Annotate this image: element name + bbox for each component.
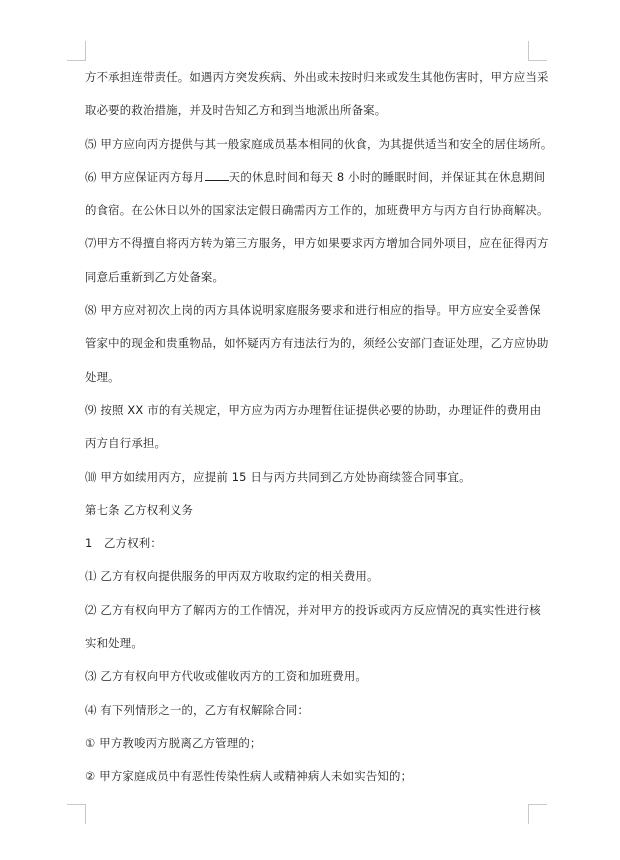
text-line: 的食宿。在公休日以外的国家法定假日确需丙方工作的，加班费甲方与丙方自行协商解决。 xyxy=(85,201,535,234)
text-line: 丙方自行承担。 xyxy=(85,434,535,467)
text-line: ⑴ 乙方有权向提供服务的甲丙双方收取约定的相关费用。 xyxy=(85,567,535,600)
text-line: ⑺甲方不得擅自将丙方转为第三方服务，甲方如果要求丙方增加合同外项目，应在征得丙方 xyxy=(85,234,535,267)
text-line: 取必要的救治措施，并及时告知乙方和到当地派出所备案。 xyxy=(85,101,535,134)
text-fragment: ⑹ 甲方应保证丙方每月 xyxy=(85,170,205,184)
text-line: 管家中的现金和贵重物品，如怀疑丙方有违法行为的，须经公安部门查证处理，乙方应协助 xyxy=(85,334,535,367)
text-line: ② 甲方家庭成员中有恶性传染性病人或精神病人未如实告知的； xyxy=(85,767,535,800)
margin-corner-bottom-right xyxy=(528,804,547,824)
text-line: ⑹ 甲方应保证丙方每月天的休息时间和每天 8 小时的睡眠时间，并保证其在休息期间 xyxy=(85,168,535,201)
text-line: ⑸ 甲方应向丙方提供与其一般家庭成员基本相同的伙食，为其提供适当和安全的居住场所… xyxy=(85,135,535,168)
margin-corner-top-left xyxy=(67,41,86,61)
text-line: ⑵ 乙方有权向甲方了解丙方的工作情况，并对甲方的投诉或丙方反应情况的真实性进行核 xyxy=(85,601,535,634)
text-line: ① 甲方教唆丙方脱离乙方管理的； xyxy=(85,734,535,767)
text-line: 处理。 xyxy=(85,368,535,401)
text-line: ⑽ 甲方如续用丙方，应提前 15 日与丙方共同到乙方处协商续签合同事宜。 xyxy=(85,468,535,501)
document-body[interactable]: 方不承担连带责任。如遇丙方突发疾病、外出或未按时归来或发生其他伤害时，甲方应当采… xyxy=(85,68,535,801)
document-page: 方不承担连带责任。如遇丙方突发疾病、外出或未按时归来或发生其他伤害时，甲方应当采… xyxy=(0,0,620,860)
margin-corner-top-right xyxy=(528,41,547,61)
text-line: 方不承担连带责任。如遇丙方突发疾病、外出或未按时归来或发生其他伤害时，甲方应当采 xyxy=(85,68,535,101)
section-heading: 第七条 乙方权利义务 xyxy=(85,501,535,534)
text-line: ⑶ 乙方有权向甲方代收或催收丙方的工资和加班费用。 xyxy=(85,667,535,700)
text-line: ⑷ 有下列情形之一的，乙方有权解除合同： xyxy=(85,701,535,734)
margin-corner-bottom-left xyxy=(67,804,86,824)
text-line: 同意后重新到乙方处备案。 xyxy=(85,268,535,301)
text-fragment: 天的休息时间和每天 8 小时的睡眠时间，并保证其在休息期间 xyxy=(229,170,545,184)
text-line: 1 乙方权利： xyxy=(85,534,535,567)
text-line: ⑼ 按照 XX 市的有关规定，甲方应为丙方办理暂住证提供必要的协助，办理证件的费… xyxy=(85,401,535,434)
text-line: 实和处理。 xyxy=(85,634,535,667)
fill-in-blank xyxy=(205,168,229,181)
text-line: ⑻ 甲方应对初次上岗的丙方具体说明家庭服务要求和进行相应的指导。甲方应安全妥善保 xyxy=(85,301,535,334)
